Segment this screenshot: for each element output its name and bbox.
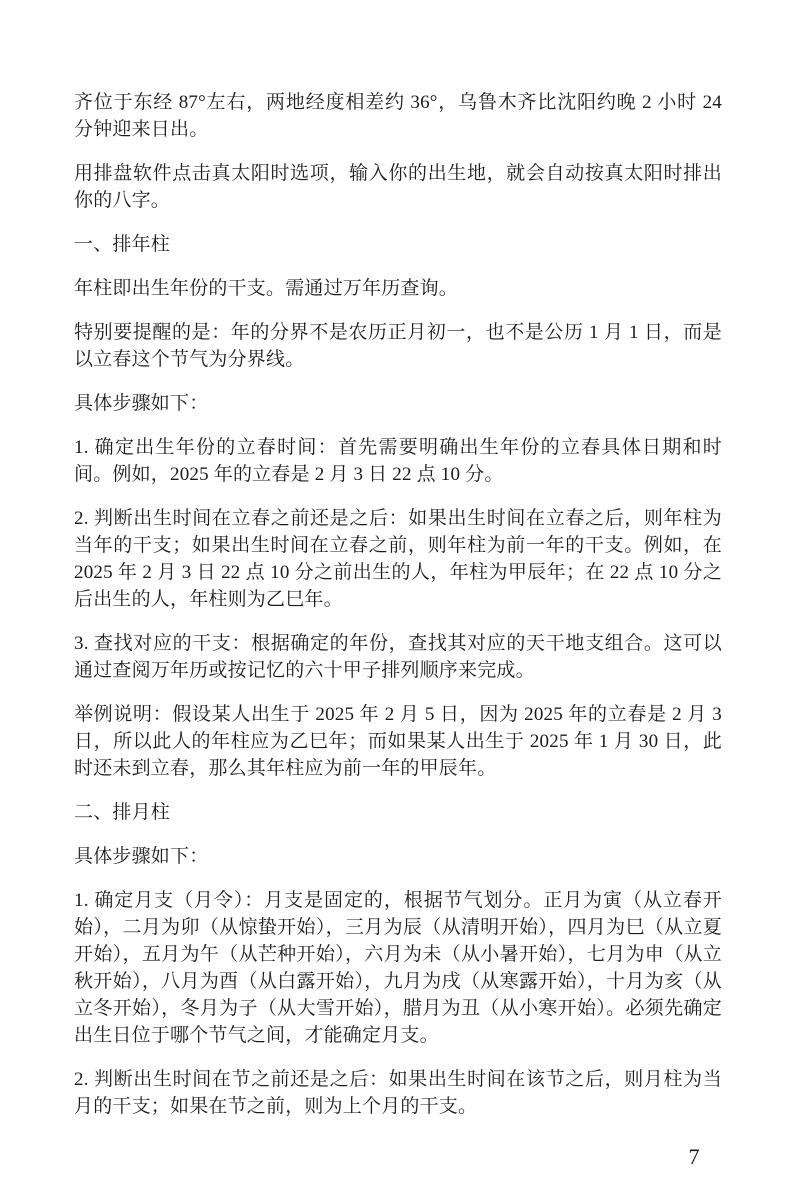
list-item-step-2: 2. 判断出生时间在节之前还是之后：如果出生时间在该节之后，则月柱为当月的干支；… bbox=[74, 1066, 722, 1120]
list-item-step-1: 1. 确定出生年份的立春时间：首先需要明确出生年份的立春具体日期和时间。例如，2… bbox=[74, 434, 722, 488]
document-page: 齐位于东经 87°左右，两地经度相差约 36°，乌鲁木齐比沈阳约晚 2 小时 2… bbox=[0, 0, 794, 1178]
paragraph: 特别要提醒的是：年的分界不是农历正月初一，也不是公历 1 月 1 日，而是以立春… bbox=[74, 319, 722, 373]
paragraph-example: 举例说明：假设某人出生于 2025 年 2 月 5 日，因为 2025 年的立春… bbox=[74, 701, 722, 782]
page-number: 7 bbox=[664, 1142, 724, 1172]
section-heading-year-pillar: 一、排年柱 bbox=[74, 231, 722, 258]
paragraph: 用排盘软件点击真太阳时选项，输入你的出生地，就会自动按真太阳时排出你的八字。 bbox=[74, 160, 722, 214]
paragraph-steps-intro: 具体步骤如下： bbox=[74, 390, 722, 417]
list-item-step-3: 3. 查找对应的干支：根据确定的年份，查找其对应的天干地支组合。这可以通过查阅万… bbox=[74, 630, 722, 684]
paragraph-steps-intro: 具体步骤如下： bbox=[74, 843, 722, 870]
paragraph-continuation: 齐位于东经 87°左右，两地经度相差约 36°，乌鲁木齐比沈阳约晚 2 小时 2… bbox=[74, 89, 722, 143]
document-body: 齐位于东经 87°左右，两地经度相差约 36°，乌鲁木齐比沈阳约晚 2 小时 2… bbox=[74, 89, 722, 1120]
list-item-step-1: 1. 确定月支（月令）：月支是固定的，根据节气划分。正月为寅（从立春开始），二月… bbox=[74, 887, 722, 1049]
list-item-step-2: 2. 判断出生时间在立春之前还是之后：如果出生时间在立春之后，则年柱为当年的干支… bbox=[74, 505, 722, 613]
section-heading-month-pillar: 二、排月柱 bbox=[74, 799, 722, 826]
paragraph: 年柱即出生年份的干支。需通过万年历查询。 bbox=[74, 275, 722, 302]
